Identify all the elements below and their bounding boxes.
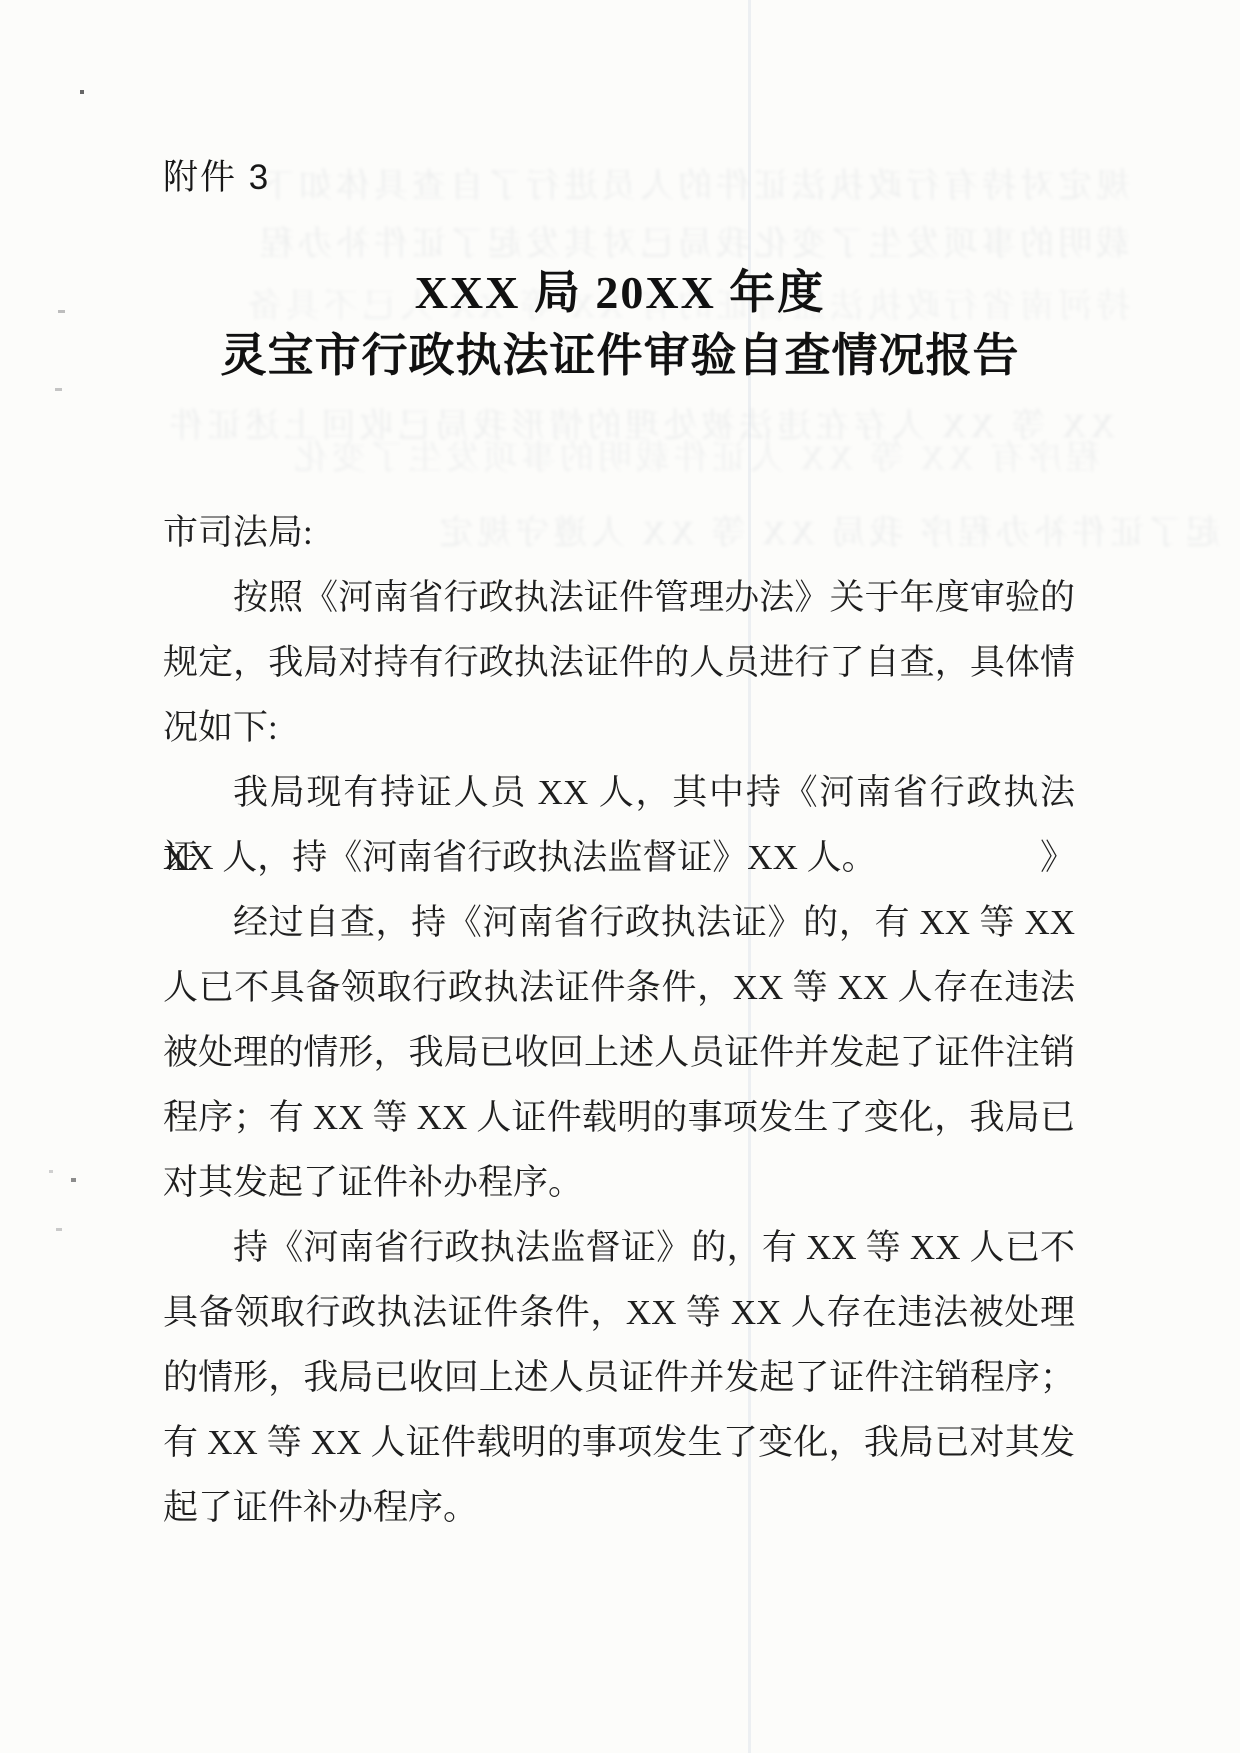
body-line: 有 XX 等 XX 人证件载明的事项发生了变化，我局已对其发	[163, 1410, 1075, 1475]
scanned-document-page: 规定对持有行政执法证件的人员进行了自查具体如下 载明的事项发生了变化我局已对其发…	[0, 0, 1240, 1753]
bleedthrough-text: 程序有 XX 等 XX 人证件载明的事项发生了变化	[200, 430, 1100, 479]
scan-speck	[71, 1178, 76, 1182]
document-body: 市司法局: 按照《河南省行政执法证件管理办法》关于年度审验的 规定，我局对持有行…	[163, 500, 1075, 1540]
scan-speck	[80, 90, 84, 94]
scan-speck	[49, 1170, 53, 1173]
body-line: 持《河南省行政执法监督证》的，有 XX 等 XX 人已不	[163, 1215, 1075, 1280]
bleedthrough-text: XX 等 XX 人存在违法被处理的情形我局已收回上述证件	[175, 398, 1115, 447]
body-line: 人已不具备领取行政执法证件条件，XX 等 XX 人存在违法	[163, 955, 1075, 1020]
body-line: 的情形，我局已收回上述人员证件并发起了证件注销程序；	[163, 1345, 1075, 1410]
body-line: 经过自查，持《河南省行政执法证》的，有 XX 等 XX	[163, 890, 1075, 955]
body-line: 况如下:	[163, 695, 1075, 760]
body-line: 规定，我局对持有行政执法证件的人员进行了自查，具体情	[163, 630, 1075, 695]
scan-speck	[55, 388, 62, 391]
body-line-salutation: 市司法局:	[163, 500, 1075, 565]
document-title-line2: 灵宝市行政执法证件审验自查情况报告	[0, 324, 1240, 388]
bleedthrough-text: 载明的事项发生了变化我局已对其发起了证件补办程	[300, 216, 1130, 265]
body-line: 具备领取行政执法证件条件，XX 等 XX 人存在违法被处理	[163, 1280, 1075, 1345]
scan-speck	[56, 1228, 62, 1231]
attachment-label: 附件 3	[163, 150, 270, 200]
body-line: 起了证件补办程序。	[163, 1475, 1075, 1540]
body-line: 我局现有持证人员 XX 人，其中持《河南省行政执法证》	[163, 760, 1075, 825]
bleedthrough-text: 规定对持有行政执法证件的人员进行了自查具体如下	[330, 158, 1130, 207]
body-line: 对其发起了证件补办程序。	[163, 1150, 1075, 1215]
body-line: 被处理的情形，我局已收回上述人员证件并发起了证件注销	[163, 1020, 1075, 1085]
document-title: XXX 局 20XX 年度 灵宝市行政执法证件审验自查情况报告	[0, 262, 1240, 388]
document-title-line1: XXX 局 20XX 年度	[0, 262, 1240, 324]
body-line: 按照《河南省行政执法证件管理办法》关于年度审验的	[163, 565, 1075, 630]
body-line: 程序；有 XX 等 XX 人证件载明的事项发生了变化，我局已	[163, 1085, 1075, 1150]
